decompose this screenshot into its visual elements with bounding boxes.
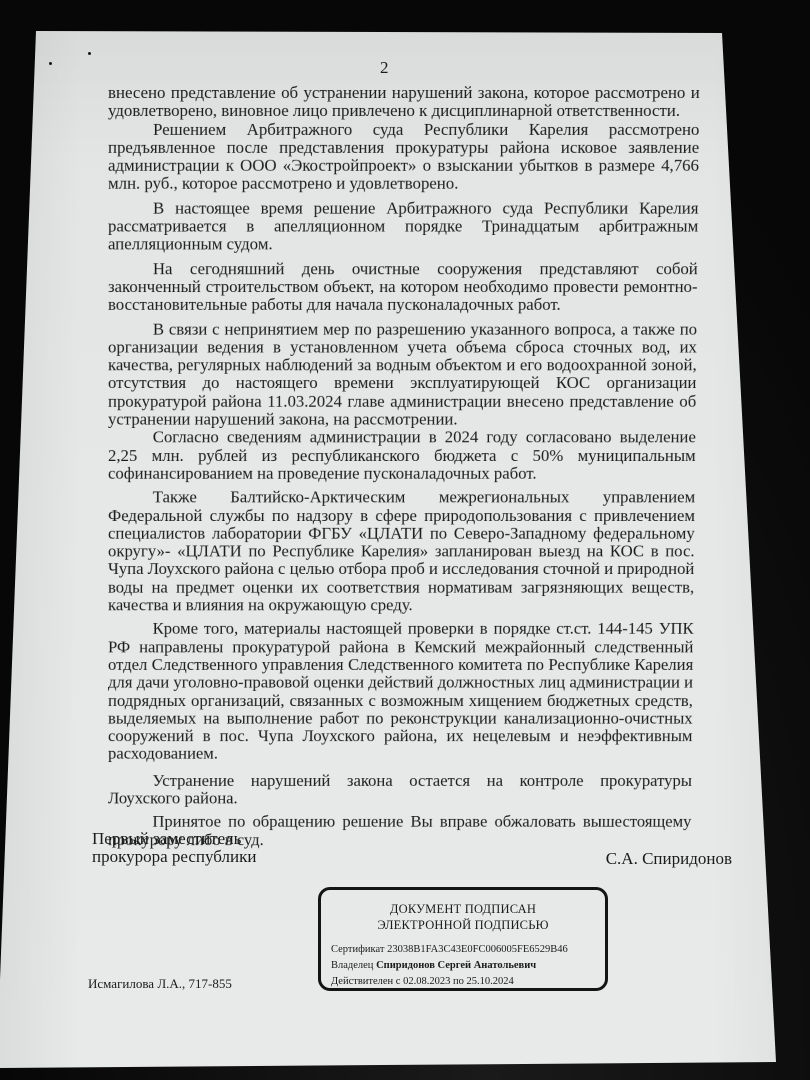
paper-speck	[88, 52, 91, 55]
signatory-name: С.А. Спиридонов	[606, 850, 732, 868]
stamp-title: ДОКУМЕНТ ПОДПИСАН ЭЛЕКТРОННОЙ ПОДПИСЬЮ	[321, 901, 605, 933]
paragraph-funding: Согласно сведениям администрации в 2024 …	[108, 429, 696, 483]
valid-from: 02.08.2023	[403, 976, 450, 987]
owner-value: Спиридонов Сергей Анатольевич	[376, 960, 536, 971]
stamp-title-line2: ЭЛЕКТРОННОЙ ПОДПИСЬЮ	[321, 917, 605, 933]
certificate-label: Сертификат	[331, 944, 384, 955]
stamp-owner-row: Владелец Спиридонов Сергей Анатольевич	[321, 958, 605, 974]
stamp-title-line1: ДОКУМЕНТ ПОДПИСАН	[321, 901, 605, 917]
valid-to: 25.10.2024	[466, 976, 513, 987]
paragraph-control: Устранение нарушений закона остается на …	[108, 772, 692, 808]
paper-speck	[49, 62, 52, 65]
document-body: внесено представление об устранении нару…	[108, 84, 700, 849]
signatory-title-line1: Первый заместитель	[92, 830, 352, 848]
paragraph-arbitration-decision: Решением Арбитражного суда Республики Ка…	[108, 121, 700, 194]
valid-to-label: по	[453, 976, 464, 987]
paragraph-representation: В связи с непринятием мер по разрешению …	[108, 320, 697, 428]
paragraph-continuation: внесено представление об устранении нару…	[108, 84, 700, 121]
paragraph-investigation: Кроме того, материалы настоящей проверки…	[108, 620, 694, 763]
signatory-title: Первый заместитель прокурора республики	[92, 830, 352, 866]
electronic-signature-stamp: ДОКУМЕНТ ПОДПИСАН ЭЛЕКТРОННОЙ ПОДПИСЬЮ С…	[318, 887, 608, 991]
paragraph-treatment-facilities: На сегодняшний день очистные сооружения …	[108, 260, 698, 314]
certificate-value: 23038B1FA3C43E0FC006005FE6529B46	[387, 944, 568, 955]
owner-label: Владелец	[331, 960, 373, 971]
paragraph-appeal: В настоящее время решение Арбитражного с…	[108, 199, 699, 254]
signatory-title-line2: прокурора республики	[92, 848, 352, 866]
page-number: 2	[380, 58, 389, 78]
stamp-validity-row: Действителен с 02.08.2023 по 25.10.2024	[321, 974, 605, 990]
valid-label: Действителен с	[331, 976, 400, 987]
paragraph-inspection-visit: Также Балтийско-Арктическим межрегиональ…	[108, 489, 695, 615]
stamp-certificate-row: Сертификат 23038B1FA3C43E0FC006005FE6529…	[321, 942, 605, 958]
executor-contact: Исмагилова Л.А., 717-855	[88, 976, 232, 992]
